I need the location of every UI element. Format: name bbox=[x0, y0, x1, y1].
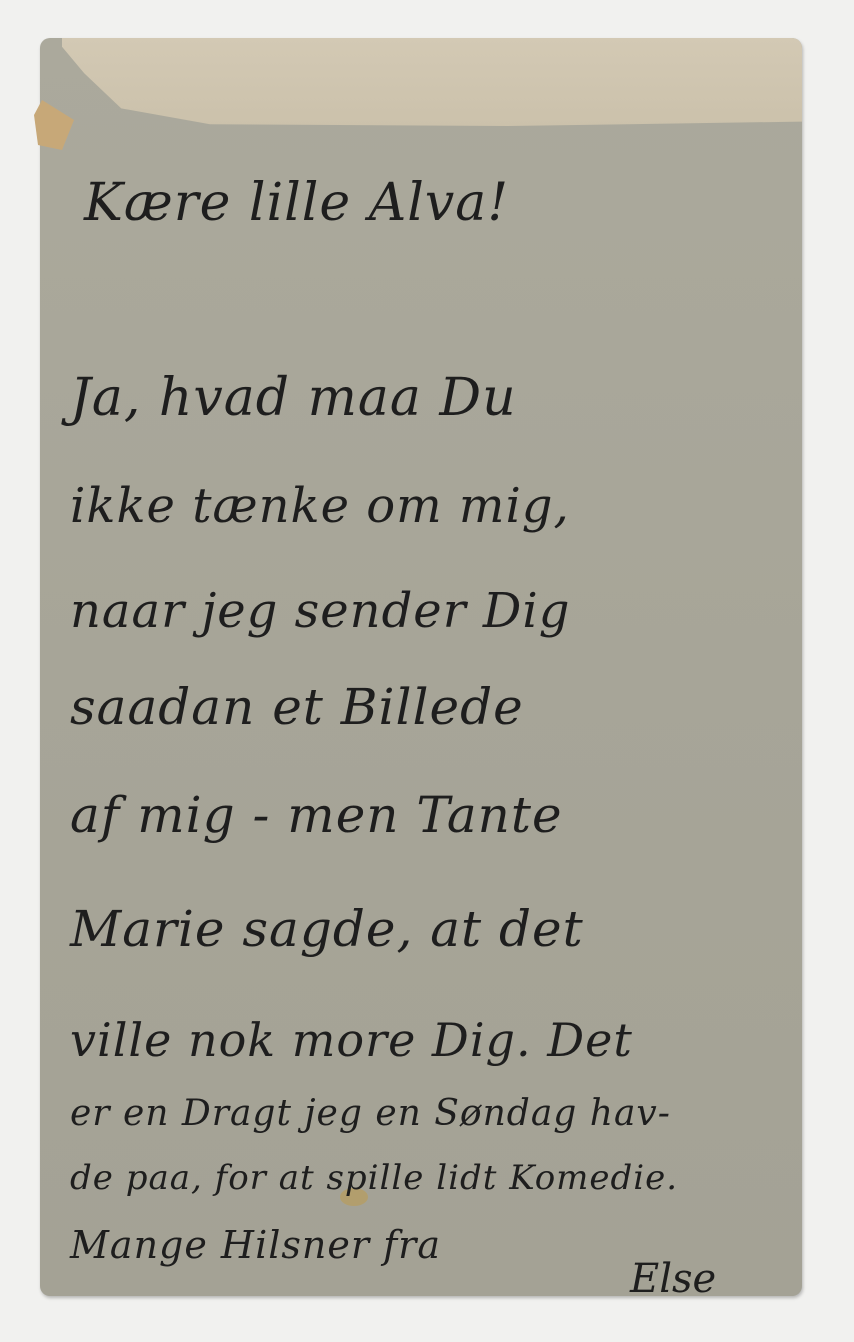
text-line: Ja, hvad maa Du bbox=[70, 368, 517, 428]
text-line: Mange Hilsner fra bbox=[70, 1223, 441, 1267]
text-line: er en Dragt jeg en Søndag hav- bbox=[70, 1093, 671, 1134]
torn-corner bbox=[34, 100, 74, 150]
signature: Else bbox=[630, 1256, 716, 1302]
greeting: Kære lille Alva! bbox=[84, 173, 509, 233]
text-line: ikke tænke om mig, bbox=[70, 478, 570, 534]
text-line: af mig - men Tante bbox=[70, 786, 563, 844]
text-line: Marie sagde, at det bbox=[70, 900, 584, 958]
text-line: saadan et Billede bbox=[70, 678, 524, 736]
text-line: naar jeg sender Dig bbox=[70, 583, 570, 639]
postcard: Kære lille Alva! Ja, hvad maa Du ikke tæ… bbox=[40, 38, 802, 1296]
text-line: ville nok more Dig. Det bbox=[70, 1013, 633, 1067]
text-line: de paa, for at spille lidt Komedie. bbox=[70, 1158, 678, 1198]
torn-paper-strip bbox=[62, 38, 802, 126]
